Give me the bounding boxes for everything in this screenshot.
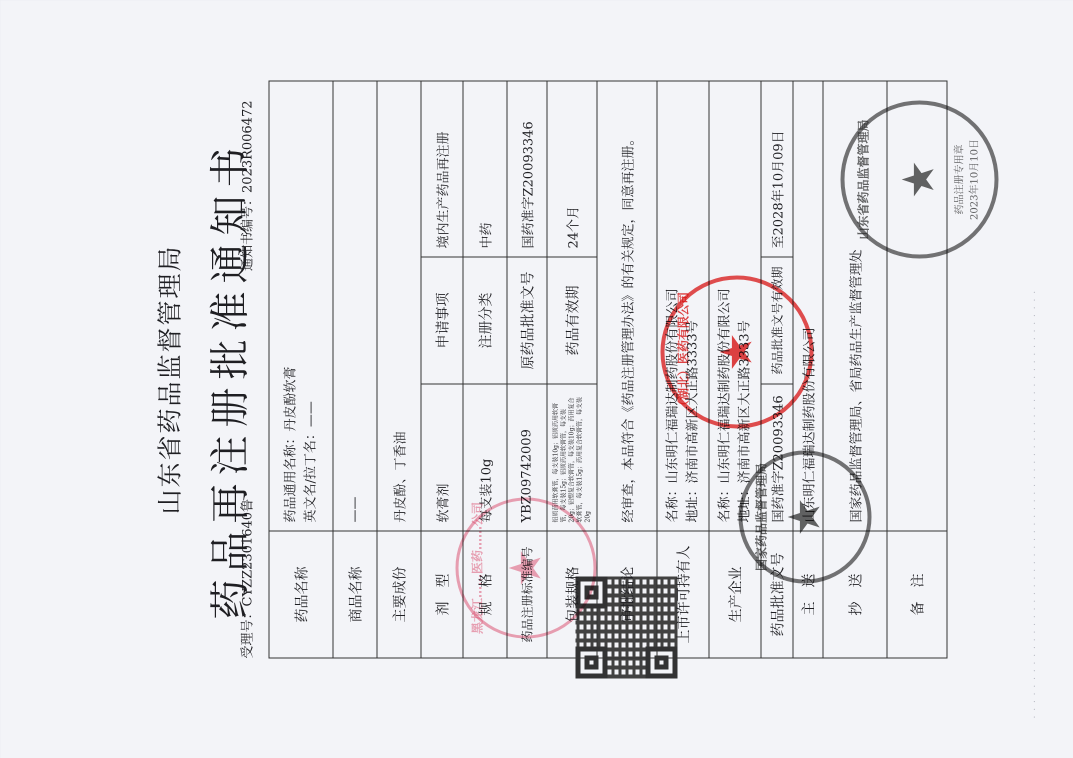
table-row: 主要成份 丹皮酚、丁香油 bbox=[377, 81, 421, 658]
table-row: 药品注册标准编号 YBZ09742009 原药品批准文号 国药准字Z200933… bbox=[507, 81, 547, 658]
registration-category-value: 中药 bbox=[463, 81, 507, 257]
drug-name-label: 药品名称 bbox=[269, 531, 333, 658]
issuing-authority: 山东省药品监督管理局 bbox=[150, 0, 186, 758]
table-row: 审批结论 经审查，本品符合《药品注册管理办法》的有关规定，同意再注册。 bbox=[597, 81, 657, 658]
mah-cell: 名称：山东明仁福瑞达制药股份有限公司 地址：济南市高新区大正路3333号 bbox=[657, 81, 709, 531]
faint-footer-watermark: · · · · · · · · · · · · · · · · · · · · … bbox=[1030, 38, 1040, 718]
trade-name-label: 商品名称 bbox=[333, 531, 377, 658]
approval-table: 药品名称 药品通用名称：丹皮酚软膏 英文名/拉丁名：—— 商品名称 —— 主要成… bbox=[268, 80, 947, 658]
table-row: 主 送 山东明仁福瑞达制药股份有限公司 bbox=[793, 81, 823, 658]
validity-value: 24个月 bbox=[547, 81, 597, 257]
mah-address: 地址：济南市高新区大正路3333号 bbox=[683, 89, 703, 522]
cc-label: 抄 送 bbox=[823, 531, 887, 658]
application-item-value: 境内生产药品再注册 bbox=[421, 81, 463, 257]
acceptance-number: 受理号：CYZZ2301640鲁 bbox=[236, 498, 255, 658]
notice-number-label: 通知书编号： bbox=[240, 193, 255, 271]
main-ingredients-value: 丹皮酚、丁香油 bbox=[377, 81, 421, 531]
generic-name: 药品通用名称：丹皮酚软膏 bbox=[281, 89, 301, 522]
packaging-value: 铝质药用软膏管，每支装10g；铝质药用软膏管，每支装15g；铝质药用软膏管，每支… bbox=[547, 384, 597, 531]
table-row: 药品批准文号 国药准字Z20093346 药品批准文号有效期 至2028年10月… bbox=[761, 81, 793, 658]
table-row: 上市许可持有人 名称：山东明仁福瑞达制药股份有限公司 地址：济南市高新区大正路3… bbox=[657, 81, 709, 658]
mah-label: 上市许可持有人 bbox=[657, 531, 709, 658]
validity-label: 药品有效期 bbox=[547, 257, 597, 384]
mah-name: 名称：山东明仁福瑞达制药股份有限公司 bbox=[663, 89, 683, 522]
drug-name-cell: 药品通用名称：丹皮酚软膏 英文名/拉丁名：—— bbox=[269, 81, 333, 531]
official-stamp-date: 2023年10月10日 bbox=[965, 104, 980, 254]
review-conclusion-label: 审批结论 bbox=[597, 531, 657, 658]
packaging-label: 包装规格 bbox=[547, 531, 597, 658]
manufacturer-label: 生产企业 bbox=[709, 531, 761, 658]
dosage-form-value: 软膏剂 bbox=[421, 384, 463, 531]
approval-validity-label: 药品批准文号有效期 bbox=[761, 257, 793, 384]
dosage-form-label: 剂 型 bbox=[421, 531, 463, 658]
table-row: 规 格 每支装10g 注册分类 中药 bbox=[463, 81, 507, 658]
official-stamp-sub: 药品注册专用章 bbox=[950, 104, 965, 254]
english-name: 英文名/拉丁名：—— bbox=[301, 89, 321, 522]
manufacturer-name: 名称：山东明仁福瑞达制药股份有限公司 bbox=[715, 89, 735, 522]
main-ingredients-label: 主要成份 bbox=[377, 531, 421, 658]
table-row: 备 注 bbox=[887, 81, 947, 658]
table-row: 抄 送 国家药品监督管理局、省局药品生产监督管理处 bbox=[823, 81, 887, 658]
recipient-value: 山东明仁福瑞达制药股份有限公司 bbox=[793, 81, 823, 531]
standard-no-label: 药品注册标准编号 bbox=[507, 531, 547, 658]
remarks-value bbox=[887, 81, 947, 531]
notice-number-value: 2023R006472 bbox=[240, 100, 255, 193]
original-approval-no-value: 国药准字Z20093346 bbox=[507, 81, 547, 257]
application-item-label: 申请事项 bbox=[421, 257, 463, 384]
table-row: 商品名称 —— bbox=[333, 81, 377, 658]
table-row: 剂 型 软膏剂 申请事项 境内生产药品再注册 bbox=[421, 81, 463, 658]
table-row: 生产企业 名称：山东明仁福瑞达制药股份有限公司 地址：济南市高新区大正路3333… bbox=[709, 81, 761, 658]
manufacturer-address: 地址：济南市高新区大正路3333号 bbox=[735, 89, 755, 522]
original-approval-no-label: 原药品批准文号 bbox=[507, 257, 547, 384]
remarks-label: 备 注 bbox=[887, 531, 947, 658]
standard-no-value: YBZ09742009 bbox=[507, 384, 547, 531]
approval-no-label: 药品批准文号 bbox=[761, 531, 793, 658]
cc-value: 国家药品监督管理局、省局药品生产监督管理处 bbox=[823, 81, 887, 531]
manufacturer-cell: 名称：山东明仁福瑞达制药股份有限公司 地址：济南市高新区大正路3333号 bbox=[709, 81, 761, 531]
table-row: 药品名称 药品通用名称：丹皮酚软膏 英文名/拉丁名：—— bbox=[269, 81, 333, 658]
approval-validity-value: 至2028年10月09日 bbox=[761, 81, 793, 257]
registration-category-label: 注册分类 bbox=[463, 257, 507, 384]
acceptance-number-value: CYZZ2301640鲁 bbox=[240, 498, 255, 606]
notice-number: 通知书编号：2023R006472 bbox=[236, 100, 255, 271]
review-conclusion-value: 经审查，本品符合《药品注册管理办法》的有关规定，同意再注册。 bbox=[597, 81, 657, 531]
table-row: 包装规格 铝质药用软膏管，每支装10g；铝质药用软膏管，每支装15g；铝质药用软… bbox=[547, 81, 597, 658]
specification-value: 每支装10g bbox=[463, 384, 507, 531]
acceptance-number-label: 受理号： bbox=[240, 606, 255, 658]
document-page: 山东省药品监督管理局 药品再注册批准通知书 受理号：CYZZ2301640鲁 通… bbox=[0, 0, 1073, 758]
recipient-label: 主 送 bbox=[793, 531, 823, 658]
trade-name-value: —— bbox=[333, 81, 377, 531]
specification-label: 规 格 bbox=[463, 531, 507, 658]
approval-no-value: 国药准字Z20093346 bbox=[761, 384, 793, 531]
